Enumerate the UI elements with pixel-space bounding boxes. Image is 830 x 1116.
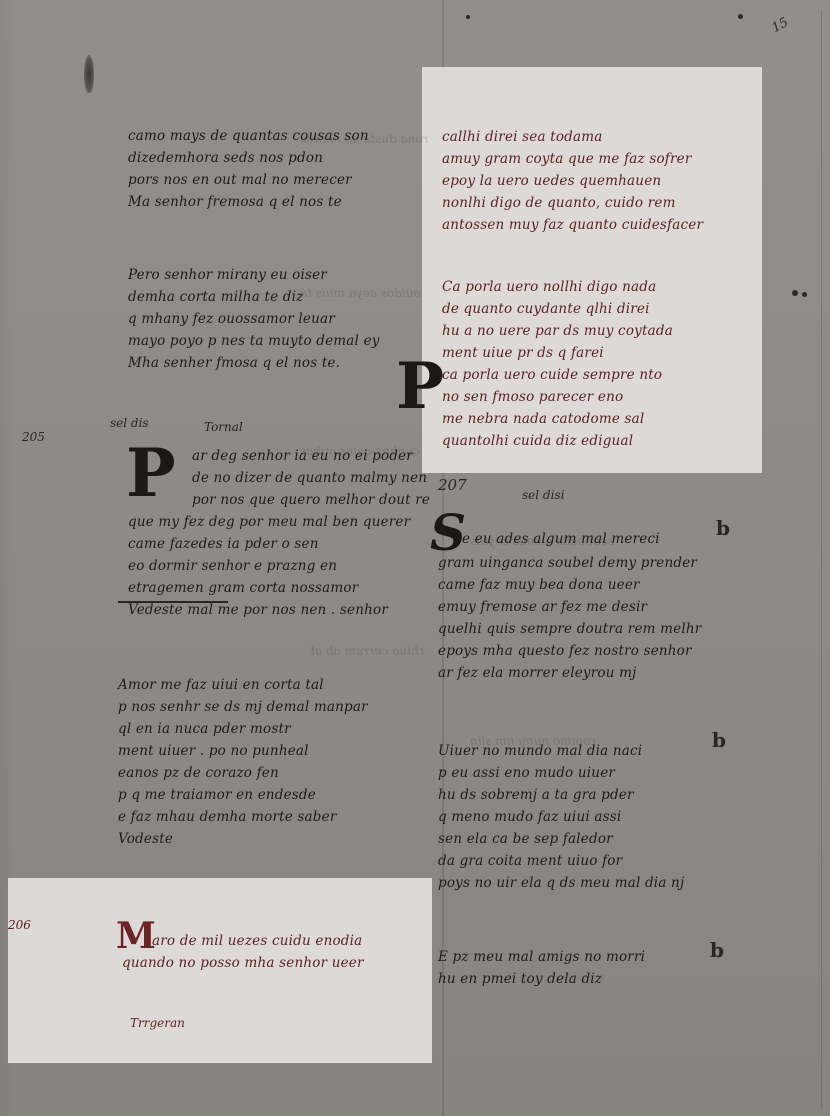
decorated-initial: P [396, 355, 444, 419]
verse-line: da gra coita ment uiuo for [438, 850, 684, 872]
rubric: Tornal [204, 420, 243, 434]
verse-line: gram uinganca soubel demy prender [438, 552, 701, 574]
verse-line: q mhany fez ouossamor leuar [128, 308, 380, 330]
show-through-text: rhiuo cerram ab at [310, 640, 424, 662]
poem-number: 206 [8, 918, 31, 932]
poem-205-opening: ar deg senhor ia eu no ei poder de no di… [192, 445, 427, 489]
verse-line: p nos senhr se ds mj demal manpar [118, 696, 368, 718]
page-edge [821, 10, 822, 1110]
verse-line: hu ds sobremj a ta gra pder [438, 784, 684, 806]
verse-line: ar fez ela morrer eleyrou mj [438, 662, 701, 684]
verse-line: sen ela ca be sep faledor [438, 828, 684, 850]
cue-letter: b [716, 516, 730, 540]
ink-dot [802, 292, 807, 297]
verse-line: de no dizer de quanto malmy nen [192, 467, 427, 489]
stanza-r5: E pz meu mal amigs no morri hu en pmei t… [438, 946, 645, 990]
ink-dot [792, 290, 798, 296]
poem-207-body: gram uinganca soubel demy prender came f… [438, 552, 701, 684]
verse-line: eo dormir senhor e prazng en [128, 555, 410, 577]
verse-line: dizedemhora seds nos pdon [128, 147, 369, 169]
verse-line: ql en ia nuca pder mostr [118, 718, 368, 740]
poem-206-line1: aro de mil uezes cuidu enodia [152, 930, 362, 952]
verse-line: Vodeste [118, 828, 368, 850]
verse-line: pors nos en out mal no merecer [128, 169, 369, 191]
verse-line: emuy fremose ar fez me desir [438, 596, 701, 618]
poem-number: 205 [22, 430, 45, 444]
verse-line: quantolhi cuida diz edigual [442, 430, 673, 452]
manuscript-page: 15 rona dusta ao muitos ouidos aeya muis… [0, 0, 830, 1116]
verse-line: epoys mha questo fez nostro senhor [438, 640, 701, 662]
verse-line: Ca porla uero nollhi digo nada [442, 276, 673, 298]
ink-stain [84, 55, 94, 93]
verse-line: epoy la uero uedes quemhauen [442, 170, 703, 192]
poem-205-body: que my fez deg por meu mal ben querer ca… [128, 511, 410, 621]
stanza-l2: Pero senhor mirany eu oiser demha corta … [128, 264, 380, 374]
verse-line: me nebra nada catodome sal [442, 408, 673, 430]
initial-capital: S [430, 508, 466, 558]
verse-line: amuy gram coyta que me faz sofrer [442, 148, 703, 170]
underline-stroke [118, 601, 228, 603]
stanza-l1: camo mays de quantas cousas son dizedemh… [128, 125, 369, 213]
verse-line: Ma senhor fremosa q el nos te [128, 191, 369, 213]
ink-dot [466, 15, 470, 19]
verse-line: demha corta milha te diz [128, 286, 380, 308]
initial-capital: P [126, 440, 176, 506]
verse-line: quando no posso mha senhor ueer [122, 952, 364, 974]
verse-line: mayo poyo p nes ta muyto demal ey [128, 330, 380, 352]
verse-line: aro de mil uezes cuidu enodia [152, 930, 362, 952]
verse-line: nonlhi digo de quanto, cuido rem [442, 192, 703, 214]
verse-line: ment uiue pr ds q farei [442, 342, 673, 364]
poem-number: 207 [438, 476, 467, 494]
stanza-r1: callhi direi sea todama amuy gram coyta … [442, 126, 703, 236]
poem-206-line2: quando no posso mha senhor ueer [122, 952, 364, 974]
verse-line: etragemen gram corta nossamor [128, 577, 410, 599]
cue-letter: b [712, 728, 726, 752]
verse-line: poys no uir ela q ds meu mal dia nj [438, 872, 684, 894]
verse-line: E pz meu mal amigs no morri [438, 946, 645, 968]
cue-letter: b [710, 938, 724, 962]
verse-line: p q me traiamor en endesde [118, 784, 368, 806]
verse-line: ar deg senhor ia eu no ei poder [192, 445, 427, 467]
stanza-r2: Ca porla uero nollhi digo nada de quanto… [442, 276, 673, 452]
poem-207-line1: e eu ades algum mal mereci [462, 528, 660, 550]
folio-number: 15 [769, 15, 791, 36]
verse-line: e faz mhau demha morte saber [118, 806, 368, 828]
verse-line: de quanto cuydante qlhi direi [442, 298, 673, 320]
verse-line: antossen muy faz quanto cuidesfacer [442, 214, 703, 236]
verse-line: no sen fmoso parecer eno [442, 386, 673, 408]
verse-line: came faz muy bea dona ueer [438, 574, 701, 596]
verse-line: q meno mudo faz uiui assi [438, 806, 684, 828]
verse-line: p eu assi eno mudo uiuer [438, 762, 684, 784]
verse-line: callhi direi sea todama [442, 126, 703, 148]
verse-line: eanos pz de corazo fen [118, 762, 368, 784]
verse-line: camo mays de quantas cousas son [128, 125, 369, 147]
rubric: sel disi [522, 488, 564, 502]
verse-line: que my fez deg por meu mal ben querer [128, 511, 410, 533]
poem-205-line3: por nos que quero melhor dout re [192, 489, 430, 511]
verse-line: came fazedes ia pder o sen [128, 533, 410, 555]
rubric: sel dis [110, 416, 149, 430]
verse-line: Amor me faz uiui en corta tal [118, 674, 368, 696]
verse-line: e eu ades algum mal mereci [462, 528, 660, 550]
stanza-l4: Amor me faz uiui en corta tal p nos senh… [118, 674, 368, 850]
verse-line: Pero senhor mirany eu oiser [128, 264, 380, 286]
initial-capital: M [116, 918, 156, 954]
verse-line: ca porla uero cuide sempre nto [442, 364, 673, 386]
stanza-r4: Uiuer no mundo mal dia naci p eu assi en… [438, 740, 684, 894]
ink-dot [738, 14, 743, 19]
verse-line: Uiuer no mundo mal dia naci [438, 740, 684, 762]
verse-line: Mha senher fmosa q el nos te. [128, 352, 380, 374]
verse-line: hu en pmei toy dela diz [438, 968, 645, 990]
catchword: Trrgeran [130, 1016, 185, 1030]
verse-line: quelhi quis sempre doutra rem melhr [438, 618, 701, 640]
verse-line: hu a no uere par ds muy coytada [442, 320, 673, 342]
verse-line: ment uiuer . po no punheal [118, 740, 368, 762]
verse-line: por nos que quero melhor dout re [192, 489, 430, 511]
